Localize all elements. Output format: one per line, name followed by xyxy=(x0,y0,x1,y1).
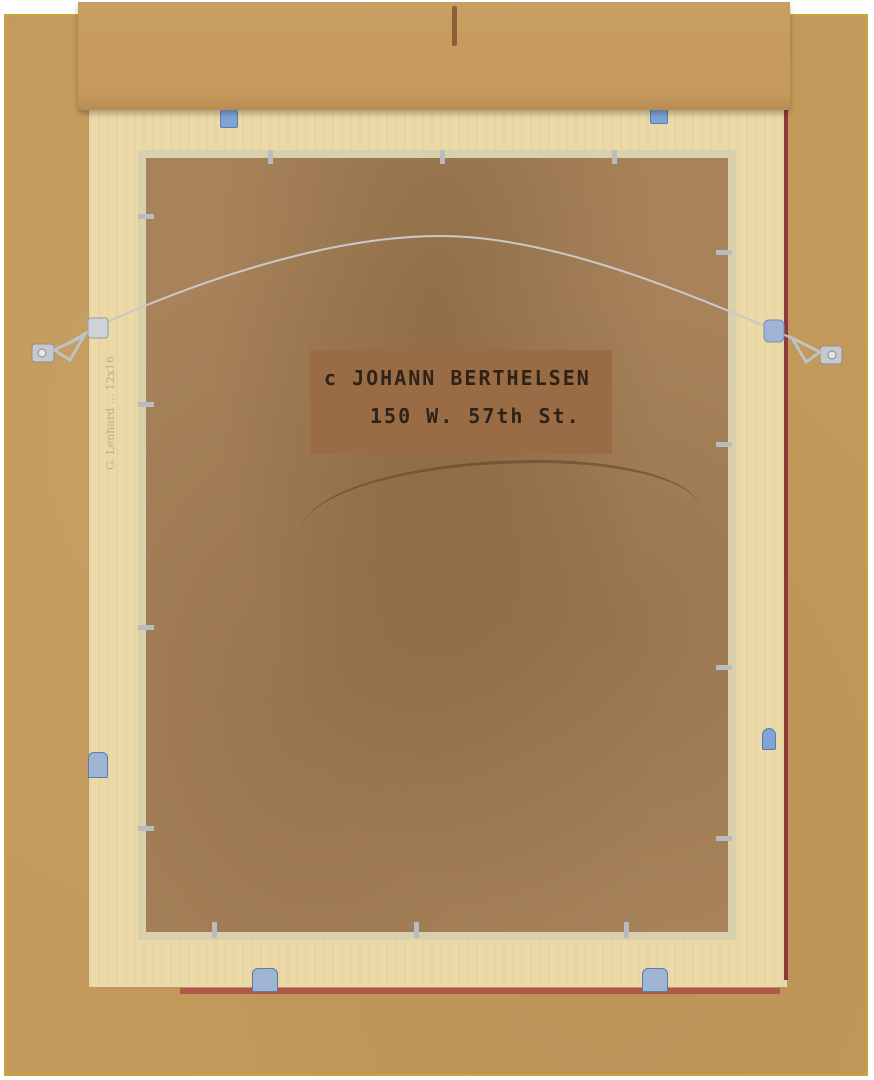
left-d-ring-hanger-icon xyxy=(32,318,108,362)
hanging-wire xyxy=(0,0,874,1080)
right-d-ring-hanger-icon xyxy=(764,320,842,364)
